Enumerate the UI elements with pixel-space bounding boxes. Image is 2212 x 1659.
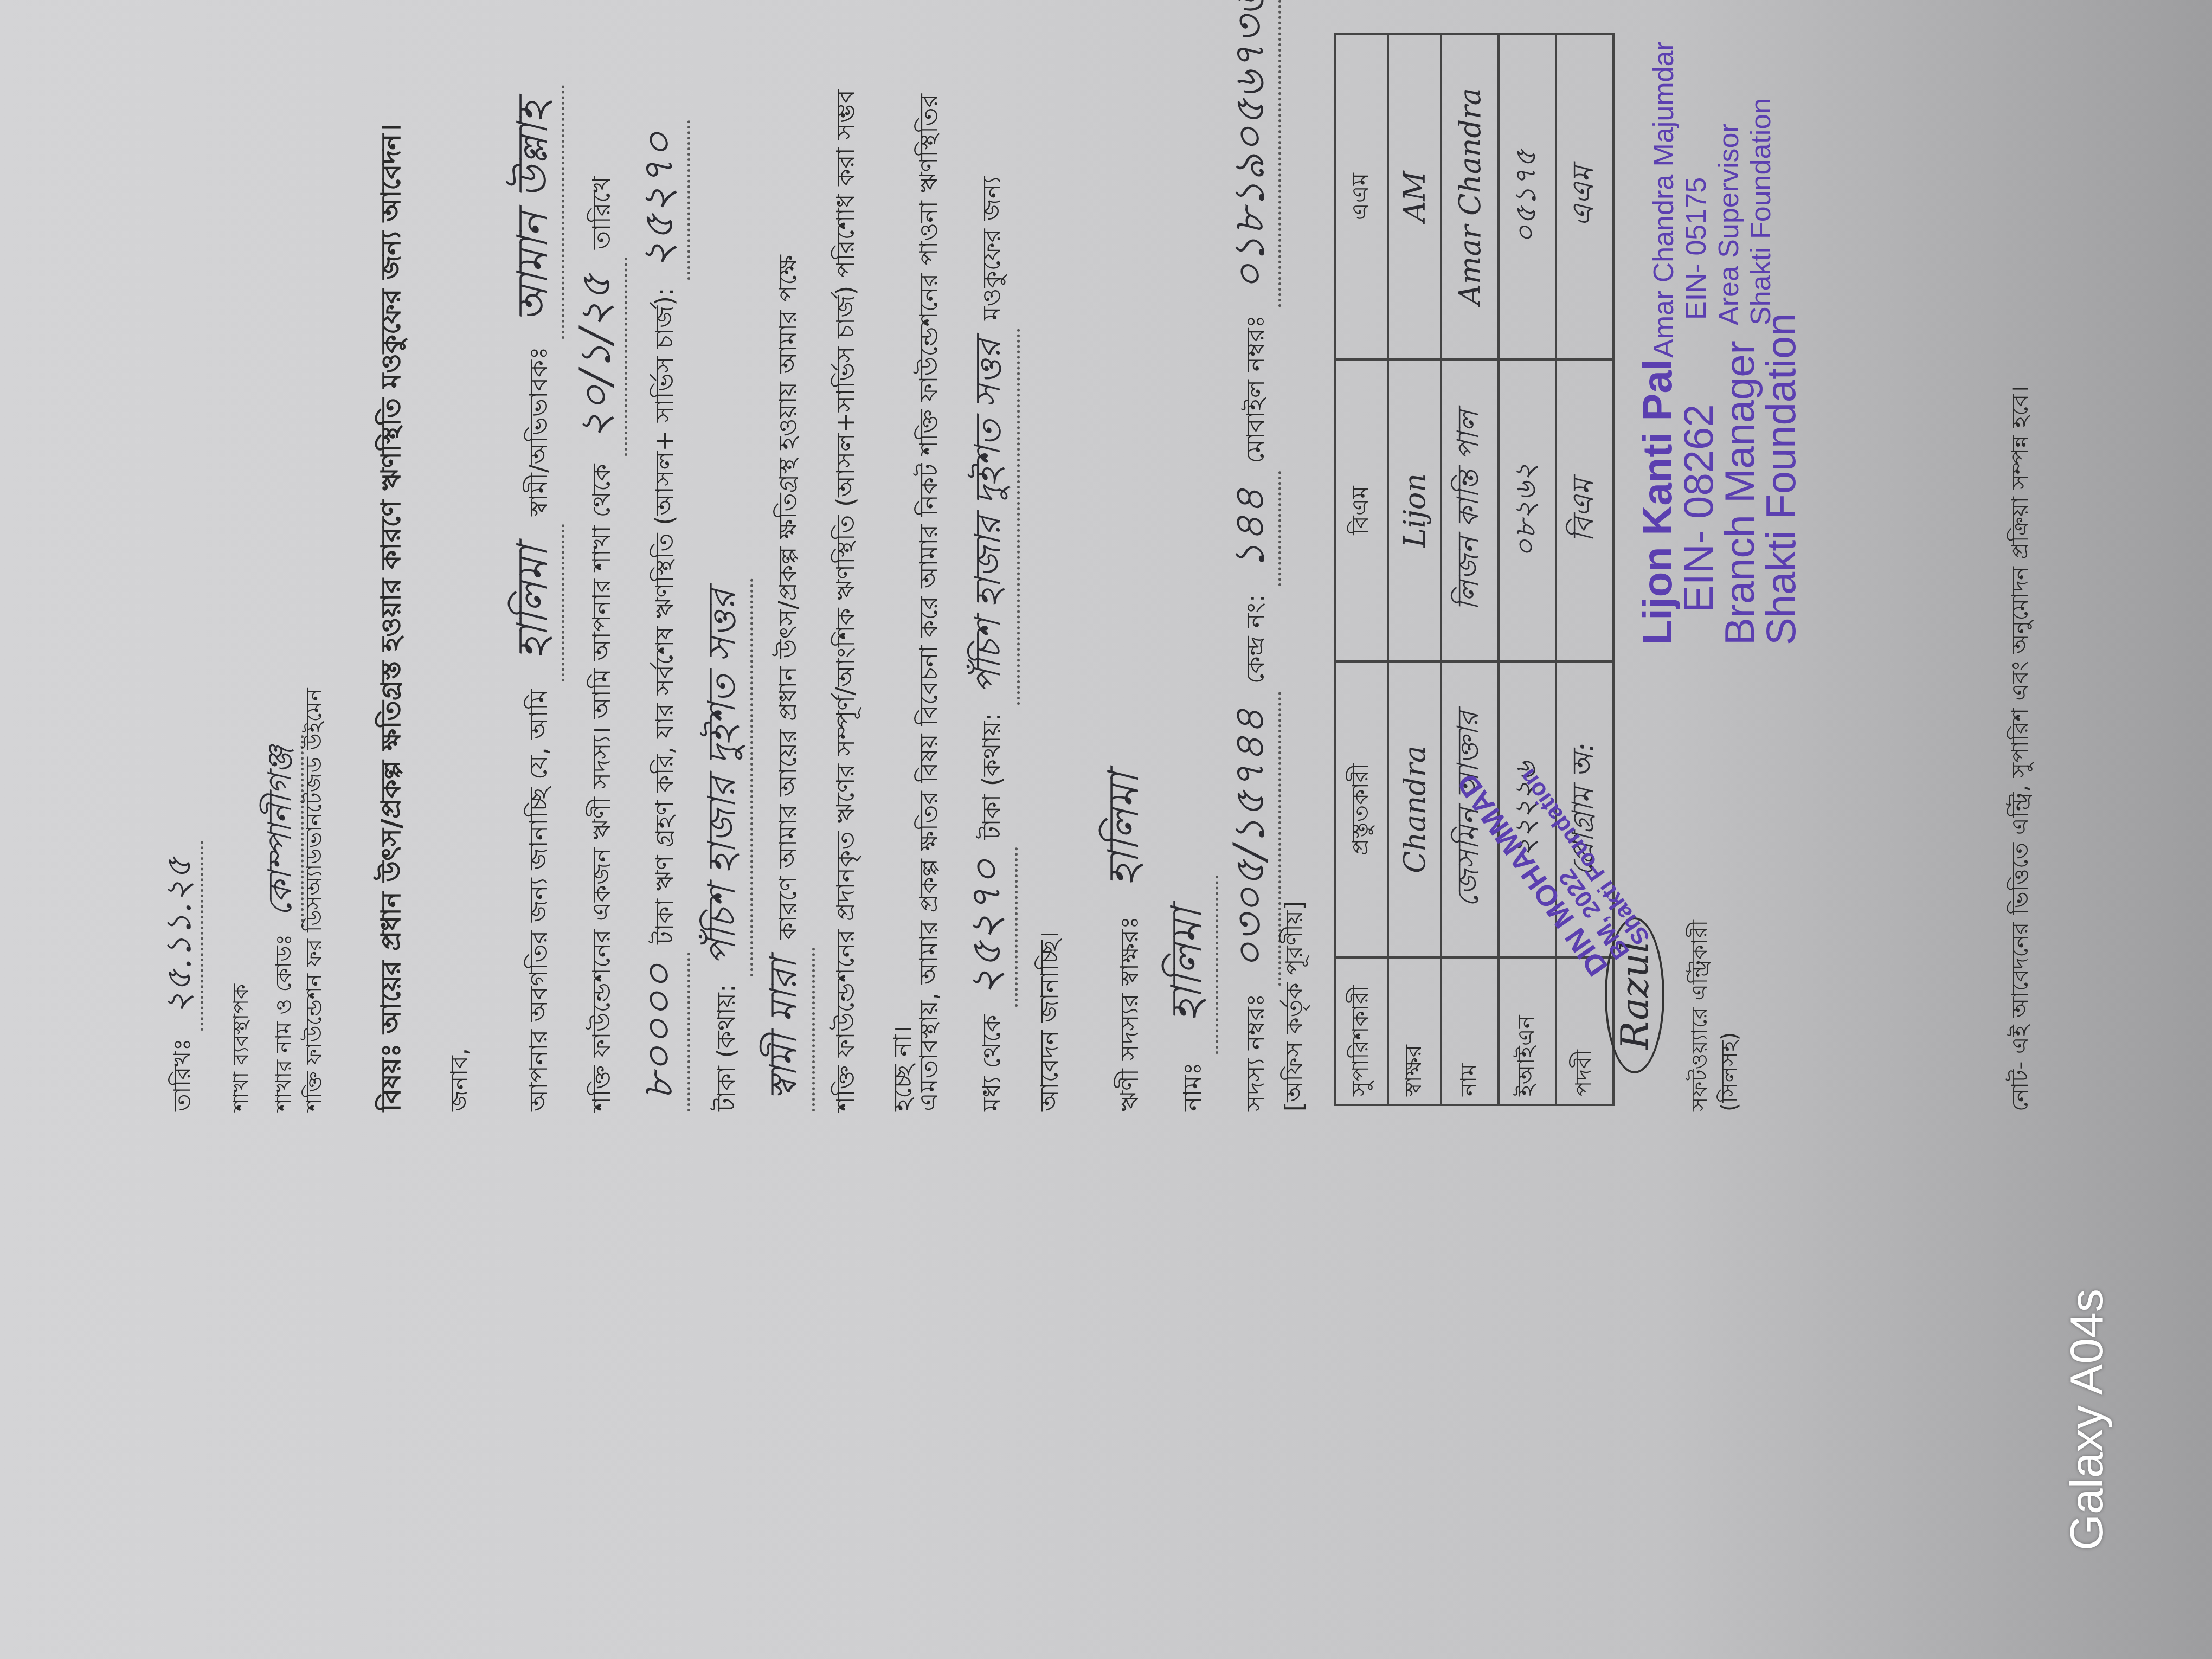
table-row: সুপারিশকারী প্রস্তুতকারী বিএম এএম	[1335, 34, 1388, 1105]
stamp-line: Amar Chandra Majumdar	[1648, 41, 1681, 358]
guardian-name-field: আমান উল্লাহ	[504, 85, 564, 339]
name-label: নামঃ	[1178, 1062, 1207, 1111]
bm-name: লিজন কান্তি পাল	[1441, 359, 1499, 661]
reason-field: স্বামী মারা	[755, 948, 815, 1111]
recipient-title: শাখা ব্যবস্থাপক	[228, 984, 255, 1111]
mobile-label: মোবাইল নম্বরঃ	[1240, 315, 1270, 464]
member-section: ঋণী সদস্যর স্বাক্ষরঃ হালিমা নামঃ হালিমা …	[1095, 0, 1284, 1111]
p1-text: টাকা ঋণ গ্রহণ করি, যার সর্বশেষ ঋণস্থিতি …	[650, 287, 679, 944]
balance-field: ২৫২৭০	[630, 120, 690, 279]
application-form-page: তারিখঃ ২৫.১১.২৫ শাখা ব্যবস্থাপক শাখার না…	[0, 0, 2212, 1659]
center-no-field: ১৪৪	[1221, 471, 1281, 586]
date-label: তারিখঃ	[169, 1038, 196, 1111]
footer-note: নোট- এই আবেদনের ভিত্তিতে এন্ট্রি, সুপারি…	[2006, 386, 2035, 1111]
row-label-signature: স্বাক্ষর	[1388, 957, 1441, 1105]
col-header-am: এএম	[1335, 34, 1388, 359]
stamp-line: EIN- 05175	[1681, 41, 1713, 358]
p2-text: টাকা (কথায়:	[977, 712, 1006, 839]
salutation: জনাব,	[445, 1048, 474, 1111]
office-use-label: [অফিস কর্তৃক পূরণীয়]	[1279, 901, 1309, 1111]
date-value: ২৫.১১.২৫	[157, 841, 203, 1031]
col-header-preparer: প্রস্তুতকারী	[1335, 661, 1388, 957]
paragraph-1: আপনার অবগতির জন্য জানাচ্ছি যে, আমি হালিম…	[504, 85, 931, 1111]
member-name-field: হালিমা	[1158, 876, 1218, 1054]
stamp-area-supervisor: Amar Chandra Majumdar EIN- 05175 Area Su…	[1648, 41, 1778, 358]
subject-line: বিষয়ঃ আয়ের প্রধান উৎস/প্রকল্প ক্ষতিগ্র…	[374, 124, 408, 1111]
p2-text: মওকুফের জন্য	[977, 176, 1006, 320]
seal-label: (সিলসহ)	[1716, 1032, 1743, 1111]
p1-text: কারণে আমার আয়ের প্রধান উৎস/প্রকল্প ক্ষত…	[773, 255, 802, 940]
paragraph-2: এমতাবস্থায়, আমার প্রকল্প ক্ষতির বিষয় ব…	[900, 94, 1078, 1111]
preparer-signature: Chandra	[1388, 661, 1441, 957]
bm-designation: বিএম	[1556, 359, 1613, 661]
bm-signature: Lijon	[1388, 359, 1441, 661]
member-signature: হালিমা	[1099, 773, 1148, 908]
p2-text: মধ্য থেকে	[977, 1015, 1006, 1111]
p1-line-2: শক্তি ফাউন্ডেশনের একজন ঋণী সদস্য। আমি আপ…	[567, 85, 630, 1111]
am-name: Amar Chandra	[1441, 34, 1499, 359]
waiver-words-field: পঁচিশ হাজার দুইশত সত্তর	[960, 329, 1020, 705]
am-signature: AM	[1388, 34, 1441, 359]
camera-watermark: Galaxy A04s	[2060, 1289, 2114, 1551]
stamp-line: Shakti Foundation	[1745, 41, 1778, 358]
p1-text: আপনার অবগতির জন্য জানাচ্ছি যে, আমি	[524, 689, 553, 1111]
p1-line-5: স্বামী মারা কারণে আমার আয়ের প্রধান উৎস/…	[755, 85, 816, 1111]
p2-line-1: এমতাবস্থায়, আমার প্রকল্প ক্ষতির বিষয় ব…	[900, 94, 957, 1111]
borrower-name-field: হালিমা	[504, 524, 564, 681]
date-suffix: তারিখে	[587, 176, 616, 249]
organization-name: শক্তি ফাউন্ডেশন ফর ডিসঅ্যাডভানটেজড উইমেন	[301, 688, 328, 1111]
mobile-no-field: ০১৮১৯০৫৬৭৩৬	[1221, 0, 1281, 307]
member-no-label: সদস্য নম্বরঃ	[1240, 994, 1270, 1111]
stamp-line: Shakti Foundation	[1761, 313, 1802, 645]
balance-words-field: পঁচিশ হাজার দুইশত সত্তর	[693, 578, 753, 976]
software-entry-label: সফটওয়্যারে এন্ট্রিকারী	[1686, 920, 1713, 1111]
p1-line-6: শক্তি ফাউন্ডেশনের প্রদানকৃত ঋণের সম্পূর্…	[816, 85, 874, 1111]
signature-label: ঋণী সদস্যর স্বাক্ষরঃ	[1115, 916, 1144, 1111]
table-row: স্বাক্ষর Chandra Lijon AM	[1388, 34, 1441, 1105]
p1-line-4: টাকা (কথায়: পঁচিশ হাজার দুইশত সত্তর	[693, 85, 755, 1111]
p1-line-3: ৮০০০০ টাকা ঋণ গ্রহণ করি, যার সর্বশেষ ঋণস…	[630, 85, 693, 1111]
center-label: কেন্দ্র নং:	[1240, 594, 1270, 684]
row-label-ein: ইআইএন	[1499, 957, 1556, 1105]
stamp-branch-manager: Lijon Kanti Pal EIN- 08262 Branch Manage…	[1637, 313, 1802, 645]
member-name-line: নামঃ হালিমা	[1158, 0, 1221, 1111]
p1-line-1: আপনার অবগতির জন্য জানাচ্ছি যে, আমি হালিম…	[504, 85, 567, 1111]
member-signature-line: ঋণী সদস্যর স্বাক্ষরঃ হালিমা	[1095, 0, 1158, 1111]
p1-text: শক্তি ফাউন্ডেশনের একজন ঋণী সদস্য। আমি আপ…	[587, 464, 616, 1111]
branch-name-line: শাখার নাম ও কোডঃ কোম্পানীগঞ্জ	[260, 735, 304, 1111]
date-line: তারিখঃ ২৫.১১.২৫	[157, 841, 203, 1111]
stamp-line: EIN- 08262	[1679, 313, 1720, 645]
table-row: নাম জেসমিন আক্তার লিজন কান্তি পাল Amar C…	[1441, 34, 1499, 1105]
am-ein: ০৫১৭৫	[1499, 34, 1556, 359]
member-number-line: সদস্য নম্বরঃ ০৩০৫/১৫৭৪৪ কেন্দ্র নং: ১৪৪ …	[1221, 0, 1284, 1111]
stamp-line: Branch Manager	[1720, 313, 1761, 645]
branch-label: শাখার নাম ও কোডঃ	[272, 934, 297, 1111]
waiver-amount-field: ২৫২৭০	[957, 847, 1018, 1006]
row-label-recommender: সুপারিশকারী	[1335, 957, 1388, 1105]
stamp-line: Lijon Kanti Pal	[1637, 313, 1679, 645]
branch-name-value: কোম্পানীগঞ্জ	[260, 735, 304, 927]
row-label-name: নাম	[1441, 957, 1499, 1105]
member-no-field: ০৩০৫/১৫৭৪৪	[1221, 692, 1281, 986]
col-header-bm: বিএম	[1335, 359, 1388, 661]
p2-line-3: আবেদন জানাচ্ছি।	[1020, 94, 1078, 1111]
bm-ein: ০৮২৬২	[1499, 359, 1556, 661]
p1-text: টাকা (কথায়:	[711, 985, 741, 1111]
guardian-label: স্বামী/অভিভাবকঃ	[524, 346, 553, 516]
loan-amount-field: ৮০০০০	[630, 953, 690, 1111]
am-designation: এএম	[1556, 34, 1613, 359]
stamp-line: Area Supervisor	[1713, 41, 1746, 358]
loan-date-field: ২০/১/২৫	[567, 258, 627, 456]
table-row: ইআইএন ২২২২৬ ০৮২৬২ ০৫১৭৫	[1499, 34, 1556, 1105]
p2-line-2: মধ্য থেকে ২৫২৭০ টাকা (কথায়: পঁচিশ হাজার…	[957, 94, 1020, 1111]
